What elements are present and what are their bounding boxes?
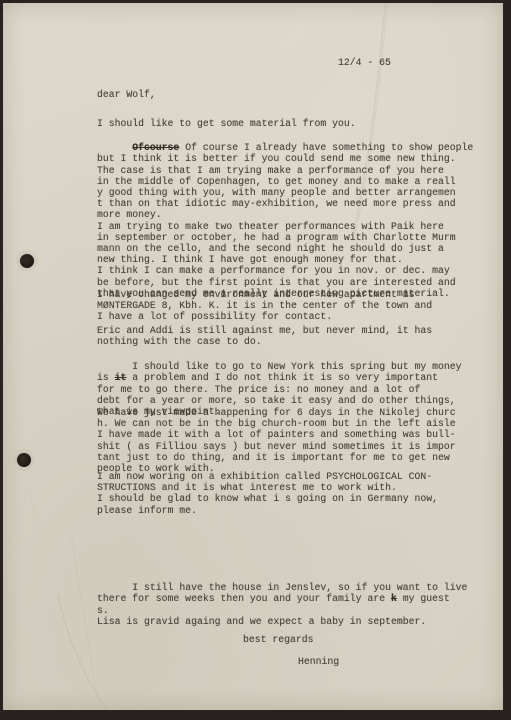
- scanned-letter: 12/4 - 65 dear Wolf, I should like to ge…: [0, 0, 511, 720]
- paragraph-7: I am now woring on a exhibition called P…: [97, 471, 438, 516]
- letter-date: 12/4 - 65: [338, 57, 391, 68]
- closing: best regards: [243, 634, 314, 645]
- punch-hole-top: [20, 254, 34, 268]
- struck-word: it: [115, 372, 127, 383]
- paragraph-2-text: Of course I already have something to sh…: [97, 142, 473, 299]
- paragraph-3: I have changed my environment and our ne…: [97, 289, 432, 323]
- struck-word: Ofcourse: [132, 142, 179, 153]
- letter-paper: 12/4 - 65 dear Wolf, I should like to ge…: [3, 3, 503, 710]
- salutation: dear Wolf,: [97, 89, 156, 100]
- paragraph-intro: I should like to get some material from …: [97, 118, 356, 129]
- signature: Henning: [298, 656, 339, 667]
- paragraph-4: Eric and Addi is still against me, but n…: [97, 325, 432, 347]
- paragraph-6: We have just made a happening for 6 days…: [97, 407, 456, 474]
- punch-hole-bottom: [17, 453, 31, 467]
- paragraph-8: I still have the house in Jenslev, so if…: [97, 571, 467, 638]
- paragraph-2: Ofcourse Of course I already have someth…: [97, 131, 473, 310]
